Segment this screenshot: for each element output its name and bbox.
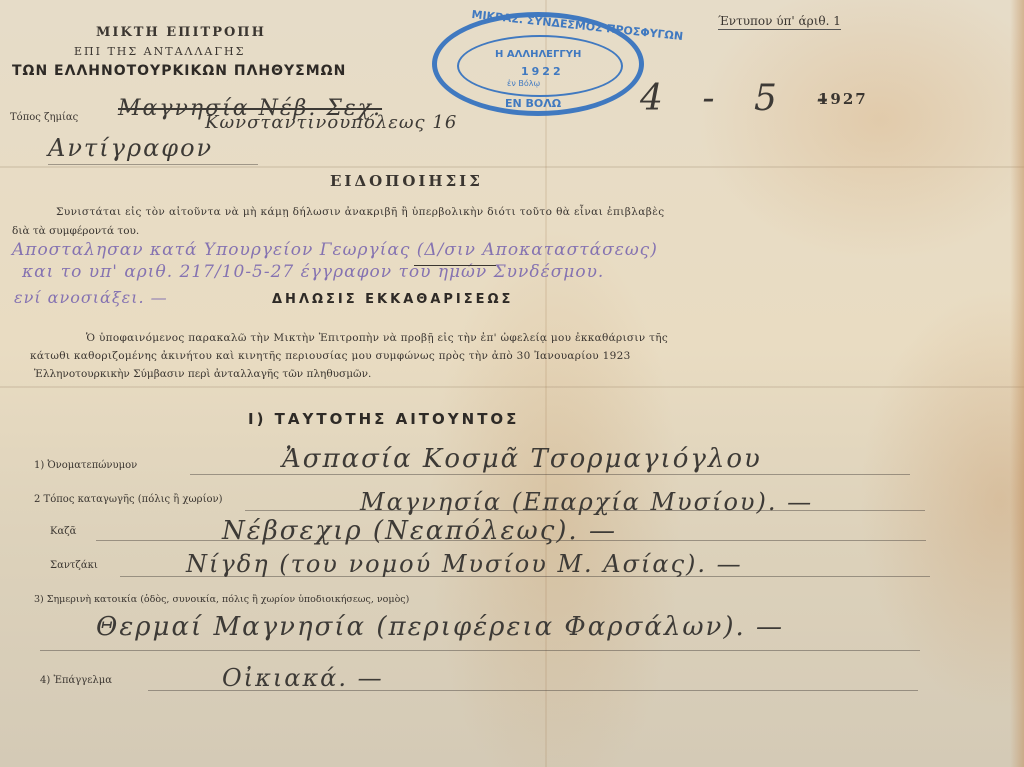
declaration-text-2: κάτωθι καθοριζομένης ἀκινήτου καὶ κινητῆ… xyxy=(30,350,631,362)
stamp-inner-line3: ἐν Βόλῳ xyxy=(507,79,540,88)
fold-line xyxy=(0,166,1024,168)
form-number: Έντυπον ύπ' άριθ. 1 xyxy=(718,14,841,30)
declaration-text-1: Ὁ ὑποφαινόμενος παρακαλῶ τὴν Μικτὴν Ἐπιτ… xyxy=(86,332,668,344)
date-year: 1927 xyxy=(818,90,868,108)
underline xyxy=(48,164,258,165)
field-label-kaza: Καζᾶ xyxy=(50,526,76,537)
org-line-3: ΤΩΝ ΕΛΛΗΝΟΤΟΥΡΚΙΚΩΝ ΠΛΗΘΥΣΜΩΝ xyxy=(12,63,346,79)
field-value-name[interactable]: Ἀσπασία Κοσμᾶ Τσορμαγιόγλου xyxy=(282,444,762,474)
copy-note: Αντίγραφον xyxy=(48,134,213,162)
stamp-bottom-text: ΕΝ ΒΟΛΩ xyxy=(505,97,561,110)
notice-text-1: Συνιστάται εἰς τὸν αἰτοῦντα νὰ μὴ κάμῃ δ… xyxy=(56,206,665,218)
notice-text-2: διὰ τὰ συμφέροντά του. xyxy=(12,225,139,237)
declaration-title: ΔΗΛΩΣΙΣ ΕΚΚΑΘΑΡΙΣΕΩΣ xyxy=(272,292,513,307)
signature-line xyxy=(414,265,496,266)
field-value-residence[interactable]: Θερμαί Μαγνησία (περιφέρεια Φαρσάλων). — xyxy=(96,612,784,642)
purple-annotation-2: και το υπ' αριθ. 217/10-5-27 έγγραφον το… xyxy=(22,262,604,282)
field-label-residence: 3) Σημερινὴ κατοικία (ὁδὸς, συνοικία, πό… xyxy=(34,594,409,605)
field-line xyxy=(40,650,920,651)
field-line xyxy=(190,474,910,475)
paper-edge xyxy=(1010,0,1024,767)
declaration-text-3: Ἑλληνοτουρκικὴν Σύμβασιν περὶ ἀνταλλαγῆς… xyxy=(34,368,371,380)
purple-annotation-3: ενί ανοσιάξει. — xyxy=(14,288,168,307)
field-label-name: 1) Ὀνοματεπώνυμον xyxy=(34,460,137,471)
identity-section-title: I) ΤΑΥΤΟΤΗΣ ΑΙΤΟΥΝΤΟΣ xyxy=(248,410,519,428)
place-label: Τόπος ζημίας xyxy=(10,112,78,123)
date-handwritten: 4 - 5 - xyxy=(640,78,842,119)
field-value-profession[interactable]: Οἰκιακά. — xyxy=(222,664,384,692)
field-label-origin: 2 Τόπος καταγωγῆς (πόλις ἢ χωρίον) xyxy=(34,494,223,505)
field-value-origin[interactable]: Μαγνησία (Επαρχία Μυσίου). — xyxy=(360,488,813,516)
field-label-sanjak: Σαντζάκι xyxy=(50,560,98,571)
stamp-year: 1922 xyxy=(521,65,564,78)
field-value-sanjak[interactable]: Νίγδη (του νομού Μυσίου Μ. Ασίας). — xyxy=(186,550,743,578)
org-line-2: ΕΠΙ ΤΗΣ ΑΝΤΑΛΛΑΓΗΣ xyxy=(74,45,245,58)
field-label-profession: 4) Ἐπάγγελμα xyxy=(40,675,112,686)
stamp-inner-line1: Η ΑΛΛΗΛΕΓΓΥΗ xyxy=(495,49,581,60)
org-line-1: ΜΙΚΤΗ ΕΠΙΤΡΟΠΗ xyxy=(96,25,266,40)
association-stamp: ΜΙΚΡΑΣ. ΣΥΝΔΕΣΜΟΣ ΠΡΟΣΦΥΓΩΝ Η ΑΛΛΗΛΕΓΓΥΗ… xyxy=(432,12,644,116)
fold-line xyxy=(0,386,1024,388)
place-handwritten: Κωνσταντινουπόλεως 16 xyxy=(205,112,457,133)
notice-title: ΕΙΔΟΠΟΙΗΣΙΣ xyxy=(330,172,483,190)
field-value-kaza[interactable]: Νέβσεχιρ (Νεαπόλεως). — xyxy=(222,516,617,546)
purple-annotation-1: Αποσταλησαν κατά Υπουργείον Γεωργίας (Δ/… xyxy=(12,240,658,260)
